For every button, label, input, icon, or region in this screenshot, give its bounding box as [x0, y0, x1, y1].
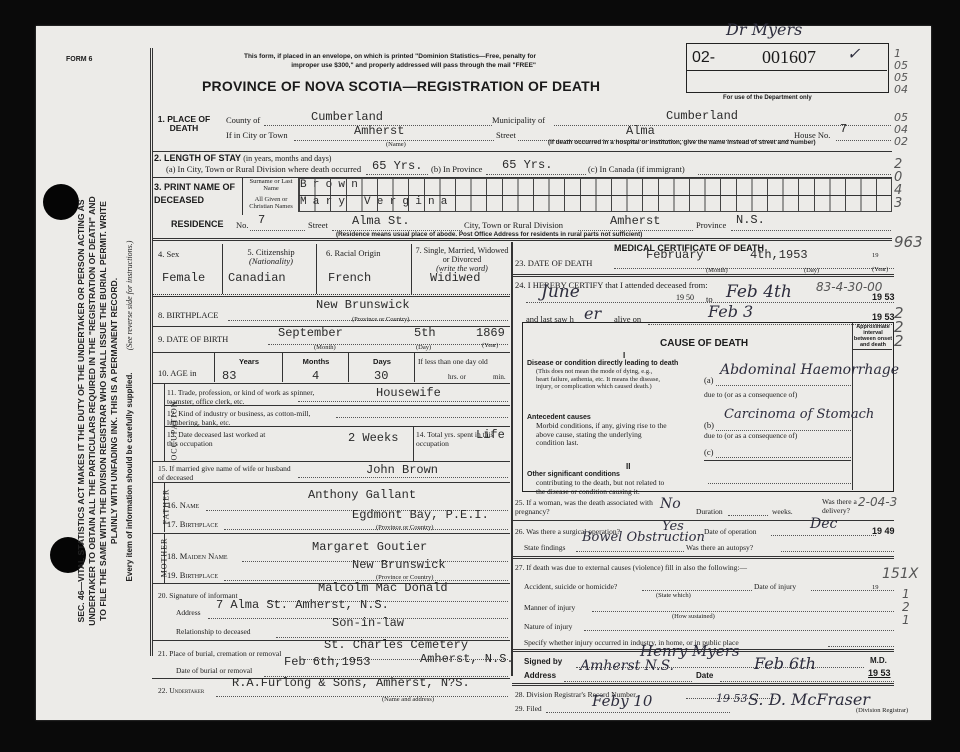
marital-status-value[interactable]: Widiwed — [430, 271, 480, 285]
street-label: Street — [496, 130, 516, 140]
birthplace-value[interactable]: New Brunswick — [316, 298, 410, 312]
informant-address-value[interactable]: 7 Alma St. Amherst, N.S. — [216, 598, 389, 612]
age-days-value[interactable]: 30 — [374, 369, 388, 383]
residence-province-value[interactable]: N.S. — [736, 213, 765, 227]
pregnancy-value[interactable]: No — [660, 496, 681, 512]
citizenship-value[interactable]: Canadian — [228, 271, 286, 285]
top-annotation: Dr Myers — [726, 20, 802, 39]
stay-province-value[interactable]: 65 Yrs. — [502, 158, 552, 172]
informant-signature-value[interactable]: Malcolm Mac Donald — [318, 581, 448, 595]
name-letter-grid — [298, 178, 892, 212]
residence-city-value[interactable]: Amherst — [610, 214, 660, 228]
stay-city-value[interactable]: 65 Yrs. — [372, 159, 422, 173]
registrar-signature[interactable]: S. D. McFraser — [748, 690, 870, 709]
cause-b-value[interactable]: Carcinoma of Stomach — [724, 407, 874, 422]
age-months-value[interactable]: 4 — [312, 369, 319, 383]
sidebar-footer: Every item of information should be care… — [124, 191, 135, 631]
registration-number-box: 02- 001607 ✓ — [686, 43, 889, 93]
municipality-value[interactable]: Cumberland — [666, 109, 738, 123]
punch-hole-top — [43, 184, 79, 220]
cause-a-value[interactable]: Abdominal Haemorrhage — [720, 362, 899, 378]
mailing-notice: This form, if placed in an envelope, on … — [226, 52, 536, 70]
length-of-stay-label: 2. LENGTH OF STAY (in years, months and … — [154, 153, 331, 163]
city-label: If in City or Town — [226, 130, 288, 140]
informant-relationship-value[interactable]: Son-in-law — [332, 616, 404, 630]
death-month-value[interactable]: February — [646, 248, 704, 262]
operation-date-value[interactable]: Dec — [810, 516, 837, 532]
cause-of-death-title: CAUSE OF DEATH — [660, 338, 748, 349]
racial-origin-value[interactable]: French — [328, 271, 371, 285]
mother-maiden-value[interactable]: Margaret Goutier — [312, 540, 427, 554]
trade-value[interactable]: Housewife — [376, 386, 441, 400]
total-years-value[interactable]: Life — [476, 428, 505, 442]
sex-value[interactable]: Female — [162, 271, 205, 285]
dob-month-value[interactable]: September — [278, 326, 343, 340]
spouse-value[interactable]: John Brown — [366, 463, 438, 477]
municipality-label: Municipality of — [492, 115, 545, 125]
attended-from-value[interactable]: June — [541, 282, 580, 302]
city-value[interactable]: Amherst — [354, 124, 404, 138]
burial-location-value[interactable]: Amherst, N.S. — [420, 652, 514, 666]
last-saw-pronoun-value[interactable]: er — [584, 304, 601, 323]
last-worked-value[interactable]: 2 Weeks — [348, 431, 398, 445]
county-value[interactable]: Cumberland — [311, 110, 383, 124]
alive-on-value[interactable]: Feb 3 — [708, 302, 753, 321]
registration-prefix: 02- — [692, 49, 715, 67]
burial-date-value[interactable]: Feb 6th,1953 — [284, 655, 370, 669]
street-value[interactable]: Alma — [626, 124, 655, 138]
dob-day-value[interactable]: 5th — [414, 326, 436, 340]
statute-sidebar: SEC. 46—VITAL STATISTICS ACT MAKES IT TH… — [76, 191, 135, 631]
dob-year-value[interactable]: 1869 — [476, 326, 505, 340]
place-of-death-label: 1. PLACE OF DEATH — [154, 115, 214, 133]
filed-date-value[interactable]: Feby 10 — [592, 692, 652, 710]
county-label: County of — [226, 115, 260, 125]
checkmark-icon: ✓ — [847, 44, 860, 63]
hospital-note: (If death occurred in a hospital or inst… — [548, 139, 816, 146]
undertaker-value[interactable]: R.A.Furlong & Sons, Amherst, N?S. — [232, 676, 470, 690]
margin-codes: 1 05 05 04 05 04 02 2 0 4 3 963 2 2 2 — [894, 48, 930, 348]
house-value[interactable]: 7 — [840, 122, 847, 136]
form-title: PROVINCE OF NOVA SCOTIA—REGISTRATION OF … — [202, 78, 600, 94]
print-name-label: 3. PRINT NAME OF DECEASED — [154, 181, 249, 207]
department-note: For use of the Department only — [723, 95, 812, 101]
burial-place-value[interactable]: St. Charles Cemetery — [324, 638, 468, 652]
attended-to-value[interactable]: Feb 4th — [726, 282, 792, 302]
residence-no-value[interactable]: 7 — [258, 213, 265, 227]
statute-text: SEC. 46—VITAL STATISTICS ACT MAKES IT TH… — [76, 191, 120, 631]
signature-date[interactable]: Feb 6th — [754, 654, 816, 673]
father-name-value[interactable]: Anthony Gallant — [308, 488, 416, 502]
residence-street-value[interactable]: Alma St. — [352, 214, 410, 228]
death-day-value[interactable]: 4th,1953 — [750, 248, 808, 262]
physician-address[interactable]: Amherst N.S. — [580, 658, 674, 674]
age-years-value[interactable]: 83 — [222, 369, 236, 383]
mother-birthplace-value[interactable]: New Brunswick — [352, 558, 446, 572]
form-number: FORM 6 — [66, 56, 92, 63]
death-registration-form: SEC. 46—VITAL STATISTICS ACT MAKES IT TH… — [36, 26, 931, 720]
registration-number: 001607 — [762, 47, 816, 68]
father-birthplace-value[interactable]: Egdmont Bay, P.E.I. — [352, 508, 489, 522]
residence-label: RESIDENCE — [171, 219, 224, 229]
